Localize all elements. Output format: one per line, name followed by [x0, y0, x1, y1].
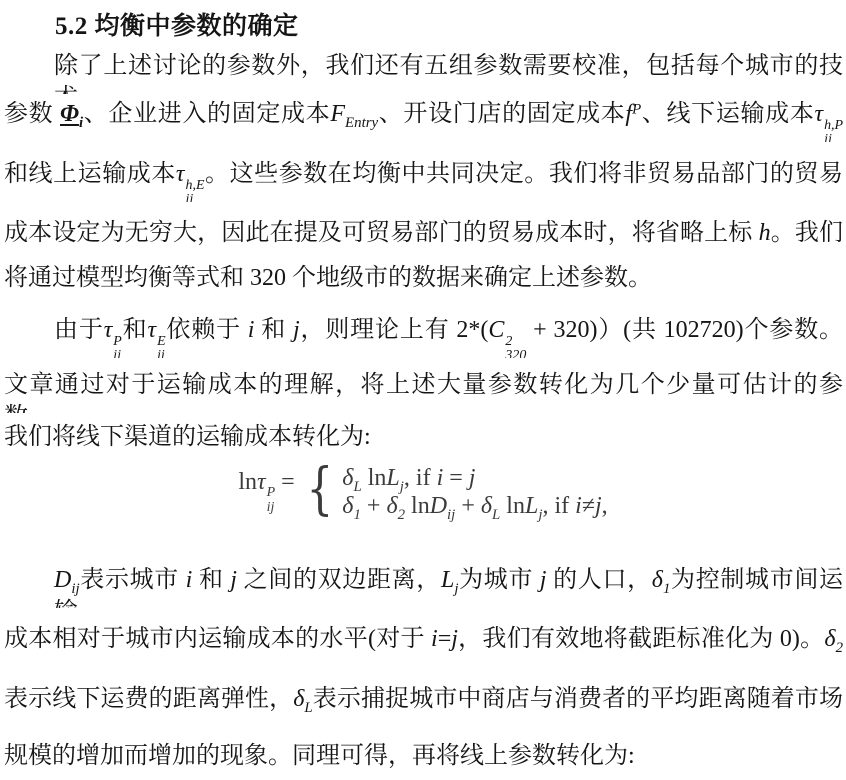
text-run: 、线下运输成本 [641, 101, 814, 127]
text-run: 的人口， [546, 567, 651, 593]
math-supsub: Pij [267, 486, 276, 515]
paragraph-line: 规模的增加而增加的现象。同理可得，再将线上参数转化为: [4, 740, 843, 772]
math-run: j [293, 317, 300, 343]
math-run: τPij [104, 317, 122, 343]
section-heading: 5.2 均衡中参数的确定 [55, 6, 299, 42]
text-run: ln [500, 493, 525, 519]
paragraph-line: Dij表示城市 i 和 j 之间的双边距离，Lj为城市 j 的人口，δ1为控制城… [4, 564, 843, 608]
text-run: 成本相对于城市内运输成本的水平(对于 [4, 626, 431, 652]
math-run: j [451, 626, 458, 652]
text-run: 为城市 [458, 567, 539, 593]
math-run: τEij [147, 317, 165, 343]
math-run: i [575, 493, 582, 519]
text-run: = [275, 469, 295, 495]
text-run: 。这些参数在均衡中共同决定。我们将非贸易品部门的贸易 [204, 161, 843, 187]
text-run: 规模的增加而增加的现象。同理可得，再将线上参数转化为: [4, 743, 635, 769]
math-run: Lj [525, 493, 543, 519]
math-run: τh,Eij [176, 161, 205, 187]
paragraph-line: 成本设定为无穷大，因此在提及可贸易部门的贸易成本时，将省略上标 h。我们 [4, 217, 843, 249]
paragraph-line: 由于τPij和τEij依赖于 i 和 j，则理论上有 2*(C2320 + 32… [4, 314, 843, 358]
math-run: δ1 [652, 567, 671, 593]
text-run: 和 [122, 317, 148, 343]
text-run: 和 [254, 317, 293, 343]
math-supsub: h,Pij [824, 119, 843, 142]
paragraph-line: 表示线下运费的距离弹性，δL表示捕捉城市中商店与消费者的平均距离随着市场 [4, 683, 843, 715]
math-run: Dij [430, 493, 456, 519]
equation-cases: δL lnLj, if i = j δ1 + δ2 lnDij + δL lnL… [342, 464, 607, 521]
text-run: 表示城市 [80, 567, 186, 593]
text-run: ≠ [582, 493, 595, 519]
text-run: 表示线下运费的距离弹性， [4, 686, 293, 712]
paragraph-line: 和线上运输成本τh,Eij。这些参数在均衡中共同决定。我们将非贸易品部门的贸易 [4, 158, 843, 202]
math-run: FEntry [330, 101, 378, 127]
math-run: Φi [60, 101, 83, 127]
math-run: j [595, 493, 602, 519]
paragraph-line: 将通过模型均衡等式和 320 个地级市的数据来确定上述参数。 [4, 262, 843, 294]
text-run: , [602, 493, 608, 519]
text-run: 除了上述讨论的参数外，我们还有五组参数需要校准，包括每个城市的技术 [54, 53, 843, 94]
text-run: ，则理论上有 2*( [300, 317, 489, 343]
math-supsub: Pij [113, 335, 122, 358]
text-run: + 320)）(共 102720)个参数。 [526, 317, 843, 343]
text-run: 、开设门店的固定成本 [378, 101, 625, 127]
paragraph-line: 参数 Φi、企业进入的固定成本FEntry、开设门店的固定成本fP、线下运输成本… [4, 98, 843, 142]
math-supsub: h,Eij [186, 179, 205, 202]
text-run: 依赖于 [166, 317, 248, 343]
equation-offline-transport-cost: lnτPij = { δL lnLj, if i = j δ1 + δ2 lnD… [0, 462, 846, 522]
math-run: δL [342, 465, 361, 491]
equation-case-row: δ1 + δ2 lnDij + δL lnLj, if i≠j, [342, 492, 607, 520]
math-run: δ1 [342, 493, 361, 519]
text-run: , if [404, 465, 437, 491]
math-run: δ2 [824, 626, 843, 652]
text-run: = [438, 626, 452, 652]
cases-brace: { [306, 462, 333, 518]
text-run: 和线上运输成本 [4, 161, 176, 187]
math-run: j [469, 465, 476, 491]
math-run: i [431, 626, 438, 652]
math-run: τPij [257, 469, 275, 495]
math-run: fP [625, 101, 641, 127]
math-run: δL [481, 493, 500, 519]
paragraph-line: 除了上述讨论的参数外，我们还有五组参数需要校准，包括每个城市的技术 [4, 50, 843, 94]
text-run: ，我们有效地将截距标准化为 0)。 [458, 626, 825, 652]
math-run: Lj [441, 567, 459, 593]
math-supsub: Eij [157, 335, 166, 358]
text-run: 由于 [54, 317, 104, 343]
math-run: C2320 [488, 317, 526, 343]
text-run: ln [238, 469, 257, 495]
math-run: j [230, 567, 237, 593]
math-run: δ2 [386, 493, 405, 519]
text-run: 我们将线下渠道的运输成本转化为: [4, 424, 371, 450]
text-run: + [455, 493, 481, 519]
paragraph-line: 我们将线下渠道的运输成本转化为: [4, 421, 843, 453]
text-run: 文章通过对于运输成本的理解，将上述大量参数转化为几个少量可估计的参数。 [4, 372, 843, 413]
text-run: 成本设定为无穷大，因此在提及可贸易部门的贸易成本时，将省略上标 [4, 220, 759, 246]
text-run: 参数 [4, 101, 60, 127]
text-run: ln [405, 493, 430, 519]
paragraph-line: 文章通过对于运输成本的理解，将上述大量参数转化为几个少量可估计的参数。 [4, 369, 843, 413]
text-run: ln [362, 465, 387, 491]
text-run: 之间的双边距离， [237, 567, 441, 593]
text-run: = [443, 465, 469, 491]
document-page: 5.2 均衡中参数的确定 除了上述讨论的参数外，我们还有五组参数需要校准，包括每… [0, 0, 846, 780]
text-run: 表示捕捉城市中商店与消费者的平均距离随着市场 [313, 686, 843, 712]
math-run: τh,Pij [814, 101, 843, 127]
text-run: 、企业进入的固定成本 [83, 101, 330, 127]
math-run: h [759, 220, 771, 246]
math-run: δL [293, 686, 312, 712]
equation-lhs: lnτPij = [238, 469, 294, 516]
equation-case-row: δL lnLj, if i = j [342, 464, 607, 492]
math-run: Dij [54, 567, 80, 593]
text-run: 。我们 [771, 220, 843, 246]
text-run: 将通过模型均衡等式和 320 个地级市的数据来确定上述参数。 [4, 265, 652, 291]
math-supsub: 2320 [505, 335, 526, 358]
text-run: 和 [192, 567, 230, 593]
math-run: Lj [386, 465, 404, 491]
text-run: + [361, 493, 387, 519]
paragraph-line: 成本相对于城市内运输成本的水平(对于 i=j，我们有效地将截距标准化为 0)。δ… [4, 623, 843, 655]
text-run: , if [542, 493, 575, 519]
